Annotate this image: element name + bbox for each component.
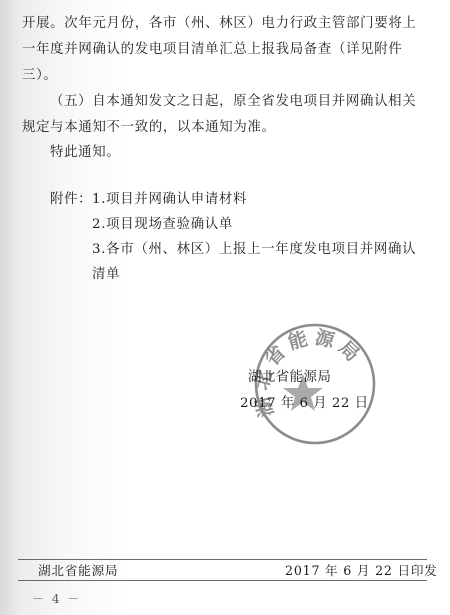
attachment-item: 3.各市（州、林区）上报上一年度发电项目并网确认	[92, 242, 416, 258]
attachments-label: 附件：	[50, 192, 92, 208]
footer-bottom-rule	[18, 580, 427, 581]
attachment-item: 1.项目并网确认申请材料	[92, 192, 247, 208]
footer-issuer: 湖北省能源局	[38, 563, 118, 578]
closing-text: 特此通知。	[50, 145, 120, 161]
body-text-line: 开展。次年元月份，各市（州、林区）电力行政主管部门要将上	[22, 16, 417, 32]
attachment-item: 清单	[92, 267, 120, 283]
clause-five-line: （五）自本通知发文之日起，原全省发电项目并网确认相关	[50, 94, 416, 110]
clause-five-line: 规定与本通知不一致的，以本通知为准。	[22, 120, 276, 136]
signature-org: 湖北省能源局	[248, 370, 331, 386]
body-text-line: 三）。	[22, 68, 58, 84]
footer-top-rule	[18, 559, 427, 560]
page-number: － 4 －	[32, 590, 81, 607]
body-text-line: 一年度并网确认的发电项目清单汇总上报我局备查（详见附件	[22, 42, 402, 58]
footer-print-date: 2017 年 6 月 22 日印发	[285, 563, 438, 578]
signature-date: 2017 年 6 月 22 日	[240, 396, 369, 412]
attachment-item: 2.项目现场查验确认单	[92, 217, 233, 233]
